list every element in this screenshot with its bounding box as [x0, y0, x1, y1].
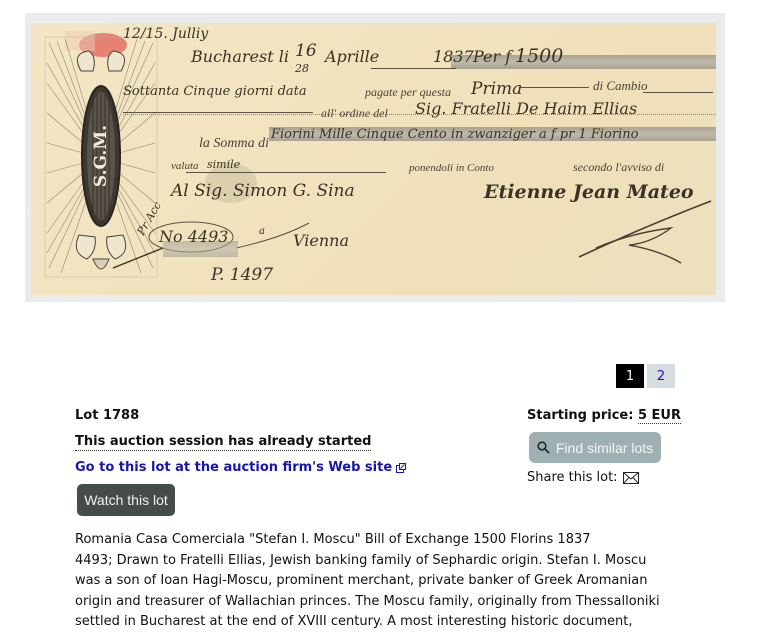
vignette-monogram: S.G.M. — [91, 125, 111, 187]
share-label: Share this lot: — [527, 470, 618, 485]
share-lot: Share this lot: — [527, 470, 639, 485]
doc-line4-sum: Fiorini Mille Cinque Cento in zwanziger … — [271, 128, 638, 141]
doc-month: Aprille — [325, 49, 379, 65]
doc-line4-printed: la Somma di — [199, 137, 269, 151]
doc-city: Vienna — [293, 233, 349, 249]
page-2-button[interactable]: 2 — [647, 364, 675, 388]
doc-line5-conto: ponendoli in Conto — [409, 163, 494, 174]
starting-price: Starting price: 5 EUR — [527, 408, 681, 423]
find-similar-lots-button[interactable]: Find similar lots — [529, 432, 661, 463]
doc-amount: 1500 — [515, 47, 563, 66]
description-line: settled in Bucharest at the end of XVIII… — [75, 612, 675, 633]
description-line: 4493; Drawn to Fratelli Ellias, Jewish b… — [75, 551, 675, 572]
lot-number: Lot 1788 — [75, 408, 139, 423]
doc-addressee: Al Sig. Simon G. Sina — [171, 183, 355, 200]
bill-of-exchange-scan: S.G.M. 12/15. Julliy Bucharest li — [31, 23, 716, 295]
doc-line2-printed: pagate per questa — [365, 86, 451, 98]
doc-line3-printed: all' ordine del — [321, 107, 388, 119]
doc-place: Bucharest li — [191, 49, 289, 65]
doc-amount-label: Per f — [473, 49, 511, 65]
doc-ref: P. 1497 — [211, 267, 273, 284]
doc-top-note: 12/15. Julliy — [123, 27, 208, 41]
lot-image[interactable]: S.G.M. 12/15. Julliy Bucharest li — [25, 13, 725, 302]
lot-description: Romania Casa Comerciala "Stefan I. Moscu… — [75, 530, 675, 633]
doc-signature: Etienne Jean Mateo — [484, 183, 694, 202]
external-link-icon — [396, 463, 406, 473]
envelope-icon[interactable] — [623, 472, 639, 484]
find-similar-lots-label: Find similar lots — [556, 440, 653, 456]
doc-line5-printed: valuta — [171, 161, 199, 172]
doc-line5-written: simile — [207, 159, 240, 170]
starting-price-label: Starting price: — [527, 408, 633, 423]
doc-day-bottom: 28 — [295, 63, 309, 74]
description-line: Romania Casa Comerciala "Stefan I. Moscu… — [75, 530, 675, 551]
doc-year: 1837 — [433, 49, 474, 65]
session-status: This auction session has already started — [75, 434, 371, 451]
doc-line5-avviso: secondo l'avviso di — [573, 161, 664, 173]
doc-line2-cambio: di Cambio — [593, 79, 648, 92]
doc-number: No 4493 — [159, 229, 228, 245]
starting-price-value: 5 EUR — [638, 408, 681, 424]
image-pagination: 1 2 — [616, 364, 675, 388]
doc-line2-prima: Prima — [471, 81, 522, 98]
description-line: was a son of Ioan Hagi-Moscu, prominent … — [75, 571, 675, 592]
auction-firm-link[interactable]: Go to this lot at the auction firm's Web… — [75, 460, 406, 475]
doc-city-prefix: a — [259, 227, 265, 237]
page-1-button[interactable]: 1 — [616, 364, 644, 388]
doc-day-top: 16 — [295, 43, 317, 60]
description-line: origin and treasurer of Wallachian princ… — [75, 592, 675, 613]
auction-firm-link-label: Go to this lot at the auction firm's Web… — [75, 460, 392, 475]
doc-line3-payee: Sig. Fratelli De Haim Ellias — [415, 101, 637, 117]
doc-line2: Sottanta Cinque giorni data — [123, 85, 307, 98]
watch-lot-button[interactable]: Watch this lot — [77, 484, 175, 516]
search-icon — [537, 441, 550, 454]
